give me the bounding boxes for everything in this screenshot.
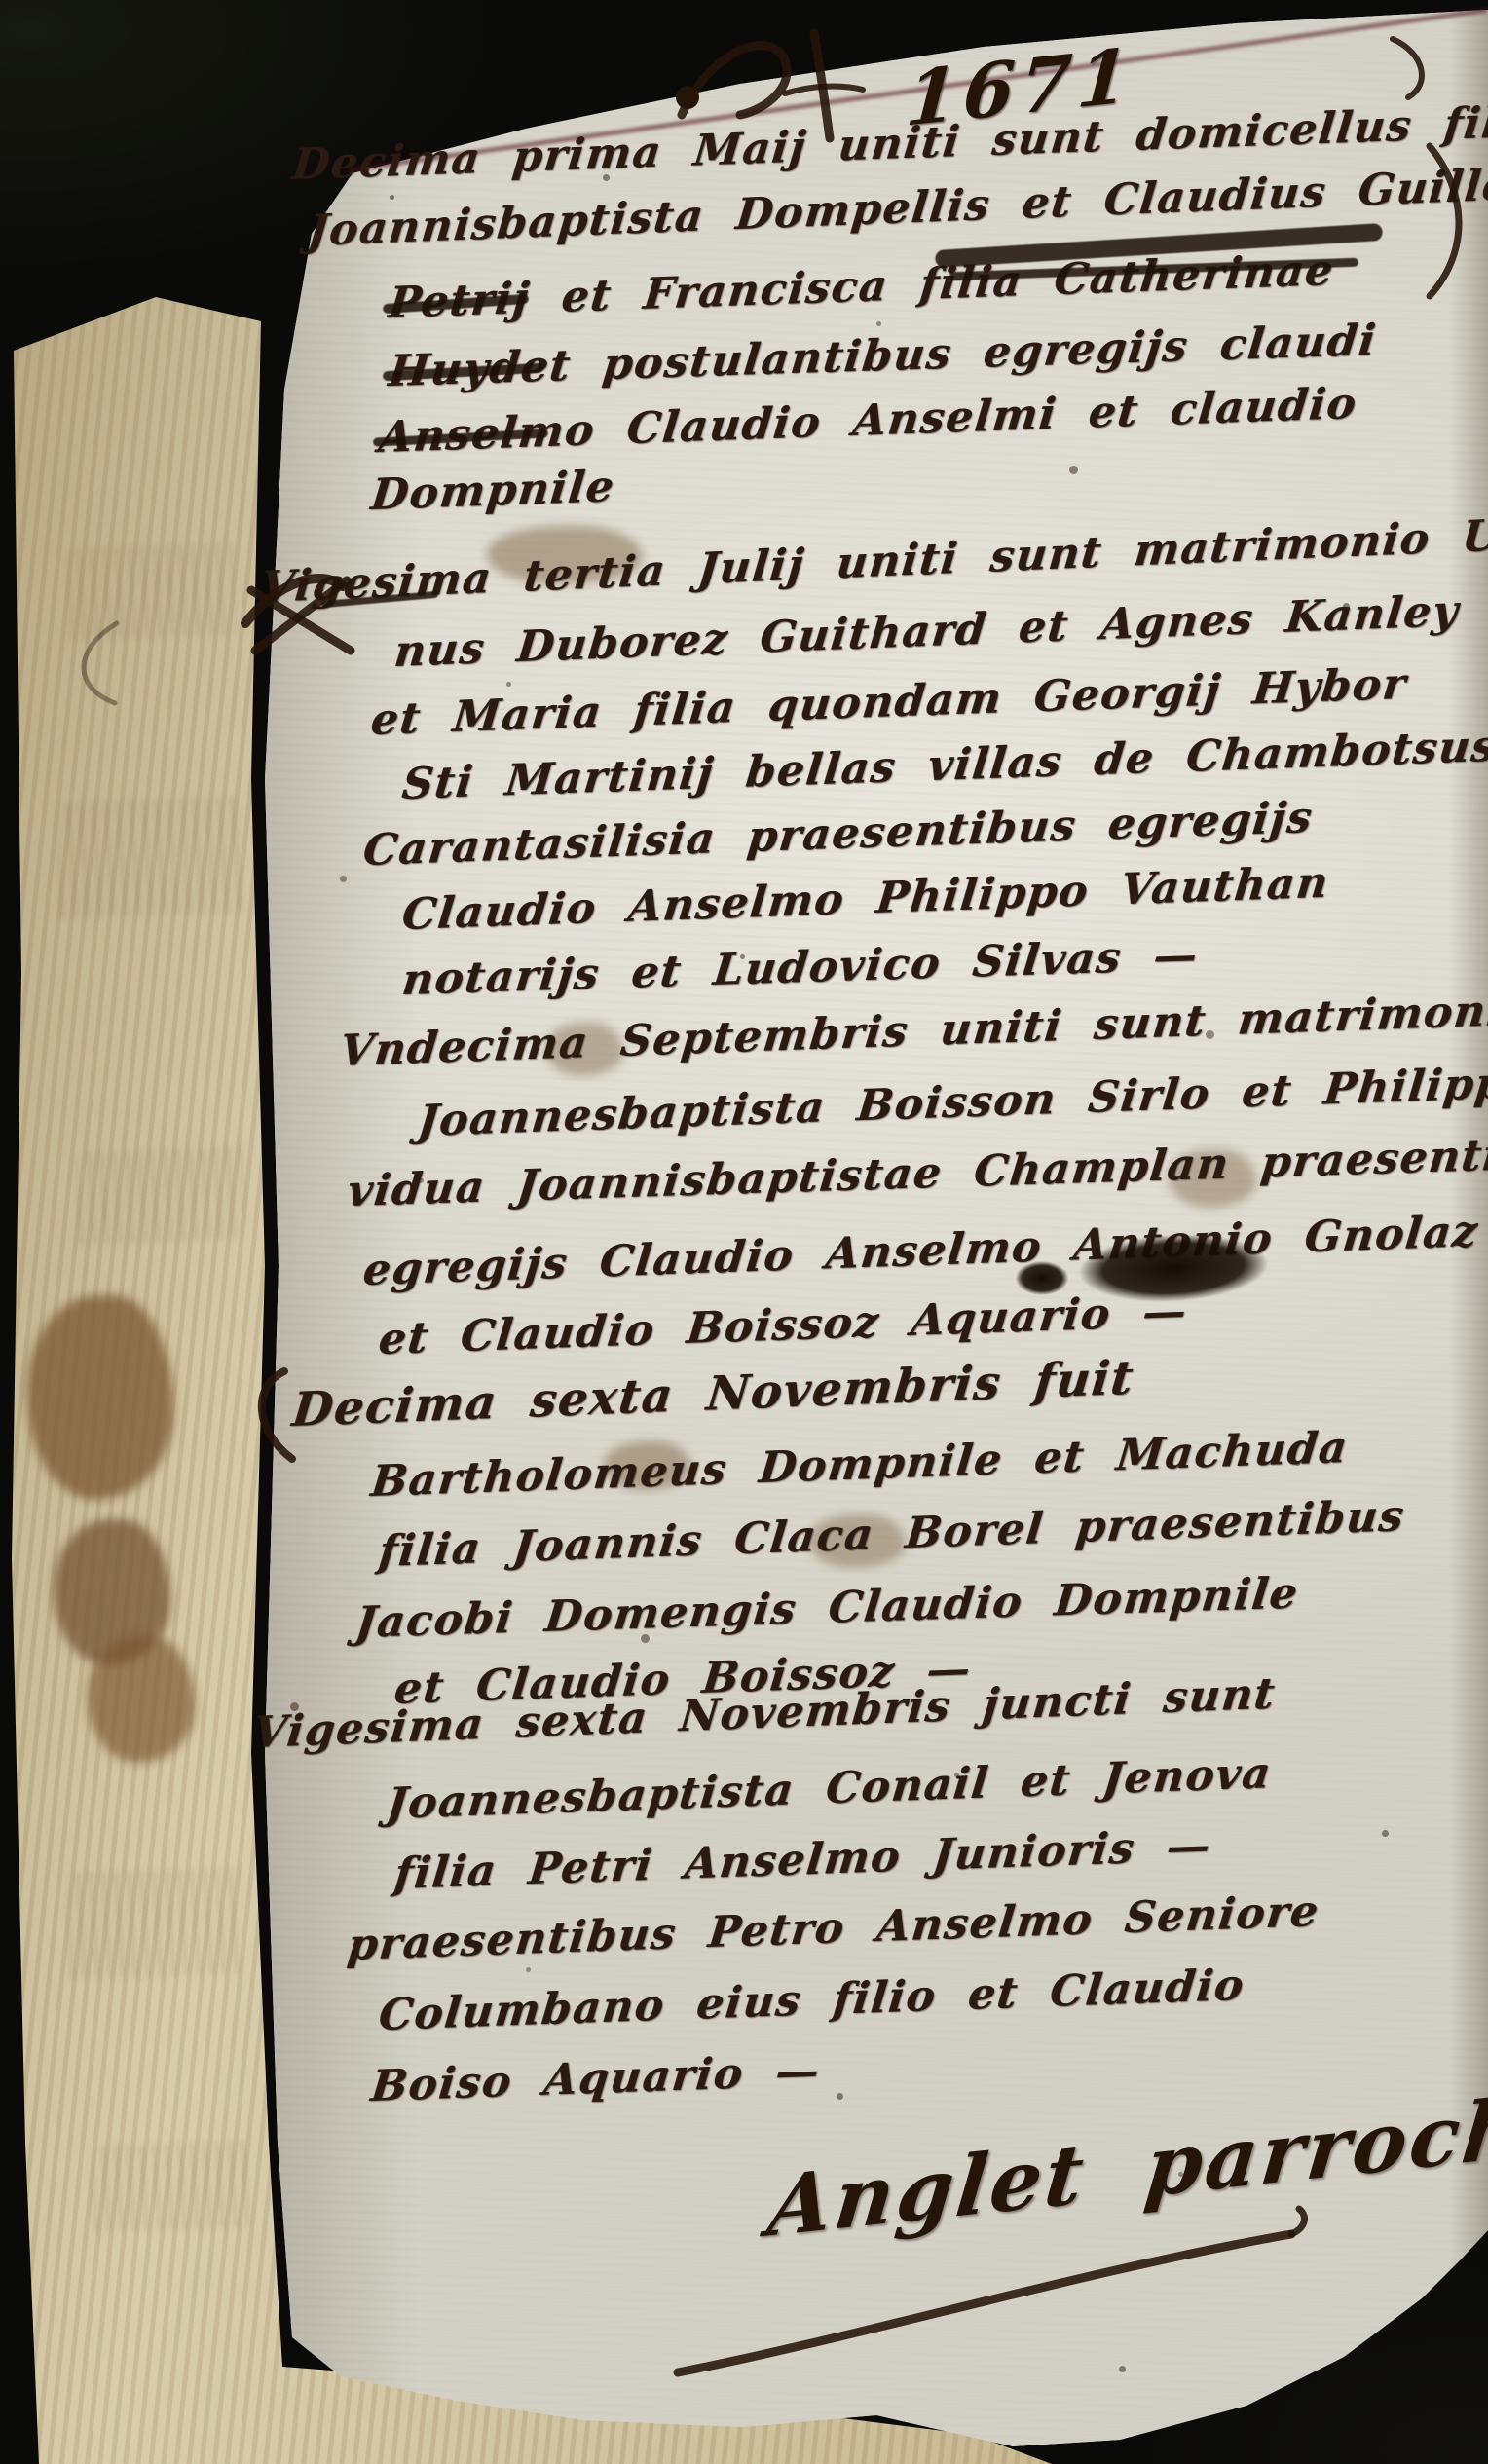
manuscript-scan: 1671 Decima prima Maij uniti sunt domice…: [0, 0, 1488, 2464]
ink-flourishes: [0, 0, 1488, 2464]
